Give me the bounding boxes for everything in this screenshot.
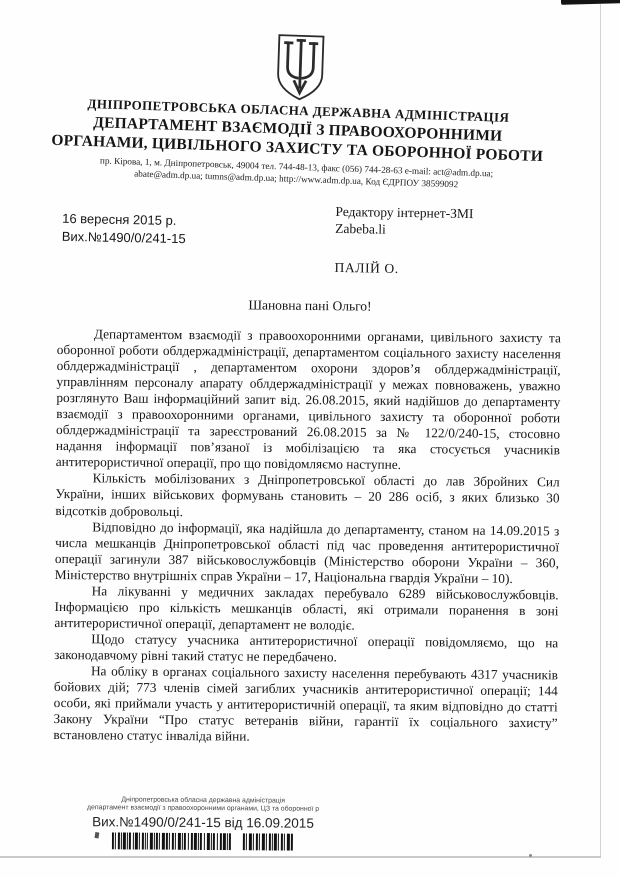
letter-body: Департаментом взаємодії з правоохоронним… (53, 326, 561, 748)
outgoing-ref-number: Вих.№1490/0/241-15 (62, 227, 186, 247)
letter-page: ДНІПРОПЕТРОВСЬКА ОБЛАСНА ДЕРЖАВНА АДМІНІ… (0, 0, 620, 877)
date-block: 16 вересня 2015 р. Вих.№1490/0/241-15 (62, 210, 186, 247)
recipient-block: Редактору інтернет-ЗМІ Zabeba.li ПАЛІЙ О… (334, 204, 473, 279)
barcode (112, 833, 294, 851)
paragraph: На обліку в органах соціального захисту … (53, 663, 558, 748)
page-edge-bottom (0, 856, 601, 858)
stamp-dept-line: департамент взаємодії з правоохоронними … (62, 804, 344, 814)
recipient-name: ПАЛІЙ О. (334, 260, 472, 279)
letter-date: 16 вересня 2015 р. (62, 210, 186, 230)
paragraph: Щодо статусу учасника антитерористичної … (54, 631, 558, 667)
paragraph: Відповідно до інформації, яка надійшла д… (55, 519, 560, 588)
stamp-ref-line: Вих.№1490/0/241-15 від 16.09.2015 (62, 814, 344, 831)
registration-stamp: Дніпропетровська обласна державна адміні… (62, 796, 344, 852)
trident-emblem-icon (270, 33, 329, 103)
recipient-media: Zabeba.li (335, 220, 473, 239)
scan-artifact-top-right (561, 0, 620, 5)
scan-speck (529, 854, 532, 857)
letterhead: ДНІПРОПЕТРОВСЬКА ОБЛАСНА ДЕРЖАВНА АДМІНІ… (3, 24, 594, 194)
page-edge-right (600, 4, 601, 856)
recipient-role: Редактору інтернет-ЗМІ (335, 204, 473, 223)
paragraph: На лікуванні у медичних закладах перебув… (54, 583, 558, 636)
salutation: Шановна пані Ольго! (0, 295, 620, 317)
paragraph: Департаментом взаємодії з правоохоронним… (56, 326, 561, 475)
paragraph: Кількість мобілізованих з Дніпропетровсь… (55, 470, 559, 523)
barcode-side-mark (95, 832, 100, 839)
